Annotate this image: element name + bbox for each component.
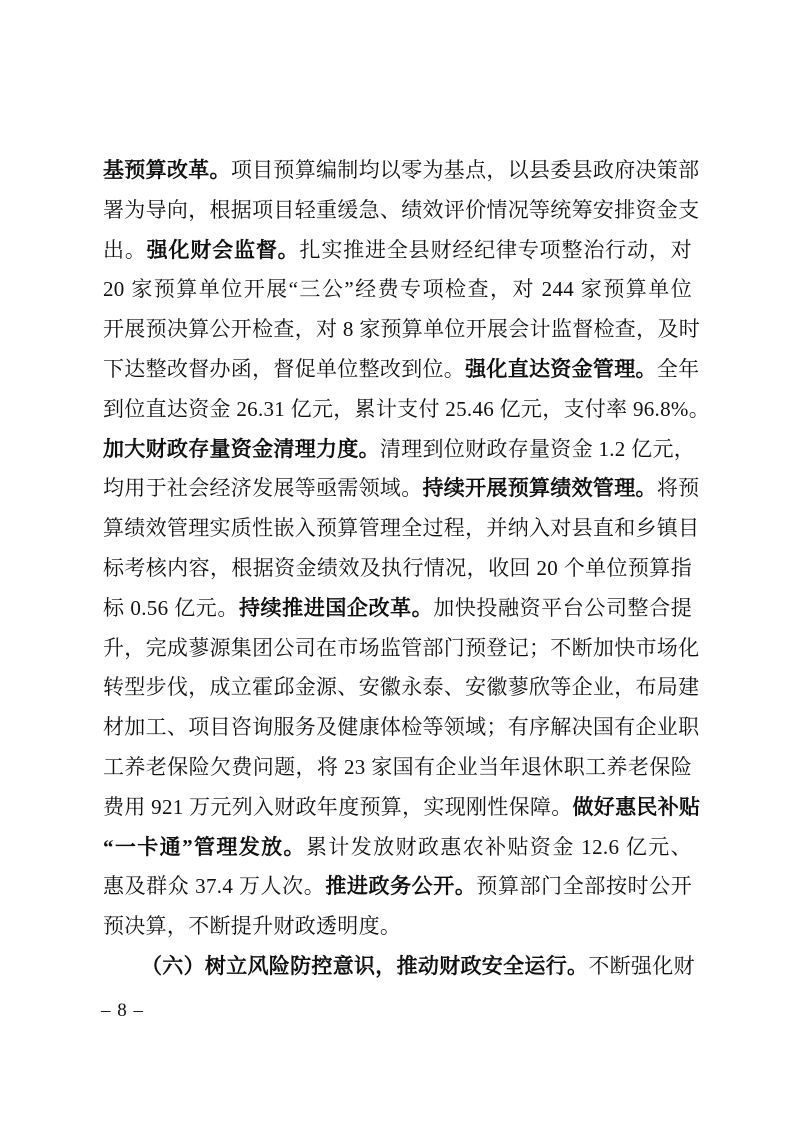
text-line: 20 家预算单位开展“三公”经费专项检查，对 244 家预算单位 [103,270,692,310]
body-text: 扎实推进全县财经纪律专项整治行动，对 [300,238,692,262]
body-text: 算绩效管理实质性嵌入预算管理全过程，并纳入对县直和乡镇目 [103,516,699,540]
text-line: 均用于社会经济发展等亟需领域。持续开展预算绩效管理。将预 [103,469,692,509]
text-line: 出。强化财会监督。扎实推进全县财经纪律专项整治行动，对 [103,231,692,271]
body-text: 全年 [657,357,700,381]
text-line: 材加工、项目咨询服务及健康体检等领域；有序解决国有企业职 [103,708,692,748]
text-line: （六）树立风险防控意识，推动财政安全运行。不断强化财 [103,947,692,987]
emphasis-text: 持续推进国企改革。 [239,596,433,620]
text-line: 到位直达资金 26.31 亿元，累计支付 25.46 亿元，支付率 96.8%。 [103,390,692,430]
text-line: 署为导向，根据项目轻重缓急、绩效评价情况等统筹安排资金支 [103,191,692,231]
body-text: 下达整改督办函，督促单位整改到位。 [103,357,465,381]
body-text: 预决算，不断提升财政透明度。 [103,914,401,938]
emphasis-text: （六）树立风险防控意识，推动财政安全运行。 [141,954,588,978]
body-text: 不断强化财 [588,954,695,978]
body-text: 项目预算编制均以零为基点，以县委县政府决策部 [231,158,700,182]
body-text: 标 0.56 亿元。 [103,596,239,620]
text-line: 转型步伐，成立霍邱金源、安徽永泰、安徽蓼欣等企业，布局建 [103,668,692,708]
body-text: 清理到位财政存量资金 1.2 亿元， [380,437,695,461]
text-line: 升，完成蓼源集团公司在市场监管部门预登记；不断加快市场化 [103,629,692,669]
emphasis-text: 持续开展预算绩效管理。 [423,476,657,500]
text-line: 基预算改革。项目预算编制均以零为基点，以县委县政府决策部 [103,151,692,191]
emphasis-text: “一卡通”管理发放。 [103,835,306,859]
text-line: 标考核内容，根据资金绩效及执行情况，收回 20 个单位预算指 [103,549,692,589]
text-line: 算绩效管理实质性嵌入预算管理全过程，并纳入对县直和乡镇目 [103,509,692,549]
body-text: 到位直达资金 26.31 亿元，累计支付 25.46 亿元，支付率 96.8%。 [103,397,710,421]
body-text: 标考核内容，根据资金绩效及执行情况，收回 20 个单位预算指 [103,556,692,580]
text-line: 标 0.56 亿元。持续推进国企改革。加快投融资平台公司整合提 [103,589,692,629]
body-text: 20 家预算单位开展“三公”经费专项检查，对 244 家预算单位 [103,277,692,301]
body-text: 惠及群众 37.4 万人次。 [103,874,325,898]
page-number: – 8 – [101,1000,144,1022]
body-text: 费用 921 万元列入财政年度预算，实现刚性保障。 [103,795,573,819]
emphasis-text: 加大财政存量资金清理力度。 [103,437,380,461]
emphasis-text: 推进政务公开。 [325,874,476,898]
body-text: 材加工、项目咨询服务及健康体检等领域；有序解决国有企业职 [103,715,699,739]
emphasis-text: 强化财会监督。 [147,238,300,262]
body-text: 加快投融资平台公司整合提 [433,596,692,620]
body-text: 累计发放财政惠农补贴资金 12.6 亿元、 [306,835,692,859]
text-line: 惠及群众 37.4 万人次。推进政务公开。预算部门全部按时公开 [103,867,692,907]
body-text: 预算部门全部按时公开 [476,874,692,898]
document-body: 基预算改革。项目预算编制均以零为基点，以县委县政府决策部署为导向，根据项目轻重缓… [103,151,692,987]
document-page: 基预算改革。项目预算编制均以零为基点，以县委县政府决策部署为导向，根据项目轻重缓… [0,0,793,1122]
body-text: 升，完成蓼源集团公司在市场监管部门预登记；不断加快市场化 [103,636,699,660]
body-text: 转型步伐，成立霍邱金源、安徽永泰、安徽蓼欣等企业，布局建 [103,675,699,699]
body-text: 工养老保险欠费问题，将 23 家国有企业当年退休职工养老保险 [103,755,692,779]
emphasis-text: 强化直达资金管理。 [465,357,657,381]
text-line: 加大财政存量资金清理力度。清理到位财政存量资金 1.2 亿元， [103,430,692,470]
text-line: 工养老保险欠费问题，将 23 家国有企业当年退休职工养老保险 [103,748,692,788]
body-text: 开展预决算公开检查，对 8 家预算单位开展会计监督检查，及时 [103,317,700,341]
text-line: 预决算，不断提升财政透明度。 [103,907,692,947]
body-text: 将预 [657,476,700,500]
text-line: 下达整改督办函，督促单位整改到位。强化直达资金管理。全年 [103,350,692,390]
emphasis-text: 做好惠民补贴 [573,795,701,819]
text-line: 开展预决算公开检查，对 8 家预算单位开展会计监督检查，及时 [103,310,692,350]
body-text: 均用于社会经济发展等亟需领域。 [103,476,423,500]
body-text: 出。 [103,238,147,262]
text-line: “一卡通”管理发放。累计发放财政惠农补贴资金 12.6 亿元、 [103,828,692,868]
emphasis-text: 基预算改革。 [103,158,231,182]
body-text: 署为导向，根据项目轻重缓急、绩效评价情况等统筹安排资金支 [103,198,699,222]
text-line: 费用 921 万元列入财政年度预算，实现刚性保障。做好惠民补贴 [103,788,692,828]
